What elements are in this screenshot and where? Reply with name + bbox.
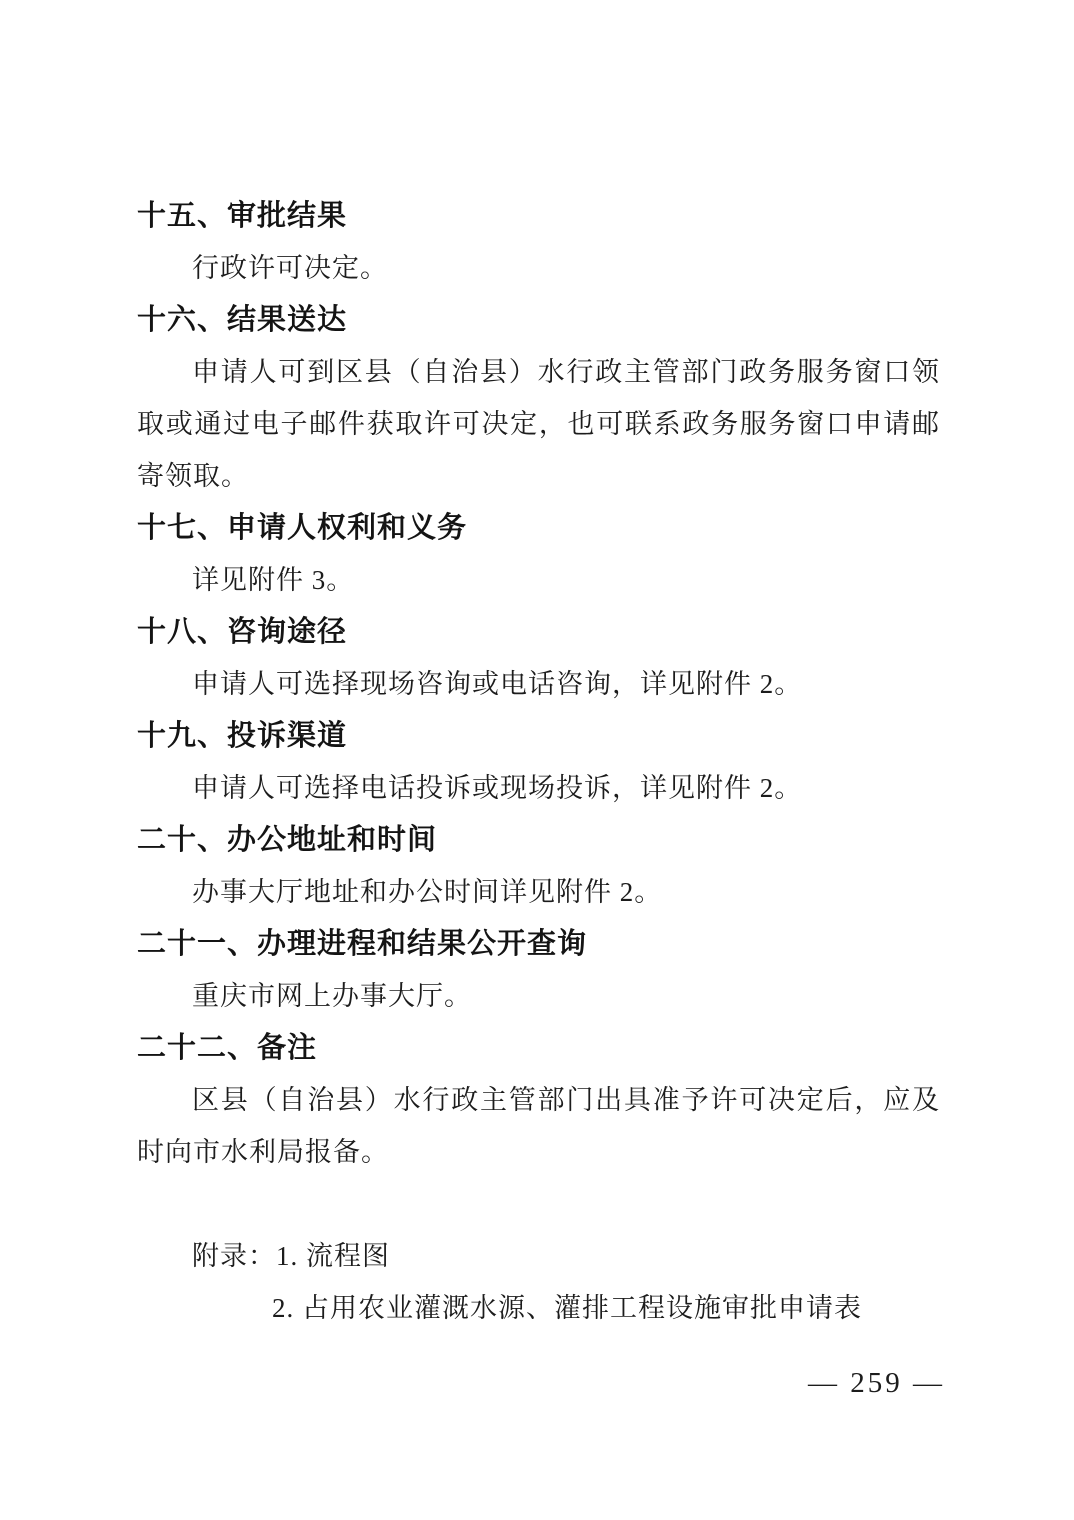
appendix-label: 附录： [192,1241,276,1271]
section-19-heading: 十九、投诉渠道 [137,710,940,762]
appendix-item-2: 2. 占用农业灌溉水源、灌排工程设施审批申请表 [137,1282,940,1334]
section-18-heading: 十八、咨询途径 [137,606,940,658]
section-19-body-line: 申请人可选择电话投诉或现场投诉，详见附件 2。 [137,762,940,814]
appendix-line-1: 附录：1. 流程图 [137,1230,940,1282]
section-17-body-line: 详见附件 3。 [137,554,940,606]
section-17-heading: 十七、申请人权利和义务 [137,502,940,554]
appendix-item-1: 1. 流程图 [276,1241,390,1271]
document-body: 十五、审批结果 行政许可决定。 十六、结果送达 申请人可到区县（自治县）水行政主… [137,190,940,1334]
section-21-body-line: 重庆市网上办事大厅。 [137,970,940,1022]
section-22-heading: 二十二、备注 [137,1022,940,1074]
section-16-body-line: 寄领取。 [137,450,940,502]
section-16-body-line: 取或通过电子邮件获取许可决定，也可联系政务服务窗口申请邮 [137,398,940,450]
section-22-body-line: 时向市水利局报备。 [137,1126,940,1178]
section-16-body-line: 申请人可到区县（自治县）水行政主管部门政务服务窗口领 [137,346,940,398]
page-number: — 259 — [808,1363,945,1403]
section-22-body-line: 区县（自治县）水行政主管部门出具准予许可决定后，应及 [137,1074,940,1126]
section-15-body-line: 行政许可决定。 [137,242,940,294]
section-18-body-line: 申请人可选择现场咨询或电话咨询，详见附件 2。 [137,658,940,710]
section-15-heading: 十五、审批结果 [137,190,940,242]
section-21-heading: 二十一、办理进程和结果公开查询 [137,918,940,970]
blank-line [137,1178,940,1230]
section-16-heading: 十六、结果送达 [137,294,940,346]
section-20-heading: 二十、办公地址和时间 [137,814,940,866]
document-page: 十五、审批结果 行政许可决定。 十六、结果送达 申请人可到区县（自治县）水行政主… [0,0,1074,1520]
section-20-body-line: 办事大厅地址和办公时间详见附件 2。 [137,866,940,918]
